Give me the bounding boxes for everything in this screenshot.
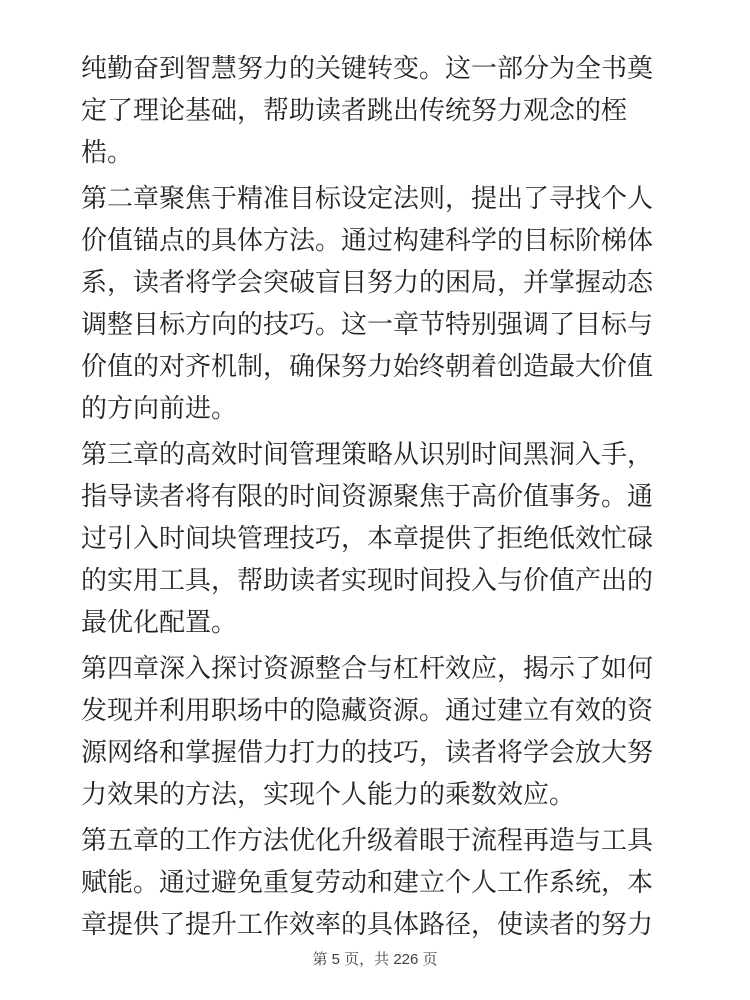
paragraph: 第五章的工作方法优化升级着眼于流程再造与工具赋能。通过避免重复劳动和建立个人工作…	[81, 819, 661, 945]
page-number-indicator: 第 5 页，共 226 页	[312, 951, 437, 968]
paragraph: 纯勤奋到智慧努力的关键转变。这一部分为全书奠定了理论基础，帮助读者跳出传统努力观…	[81, 47, 661, 173]
page-footer: 第 5 页，共 226 页	[0, 952, 750, 968]
document-page: 纯勤奋到智慧努力的关键转变。这一部分为全书奠定了理论基础，帮助读者跳出传统努力观…	[0, 0, 750, 1000]
paragraph: 第四章深入探讨资源整合与杠杆效应，揭示了如何发现并利用职场中的隐藏资源。通过建立…	[81, 647, 661, 815]
page-content: 纯勤奋到智慧努力的关键转变。这一部分为全书奠定了理论基础，帮助读者跳出传统努力观…	[81, 47, 661, 949]
paragraph: 第三章的高效时间管理策略从识别时间黑洞入手，指导读者将有限的时间资源聚焦于高价值…	[81, 433, 661, 643]
paragraph: 第二章聚焦于精准目标设定法则，提出了寻找个人价值锚点的具体方法。通过构建科学的目…	[81, 177, 661, 429]
